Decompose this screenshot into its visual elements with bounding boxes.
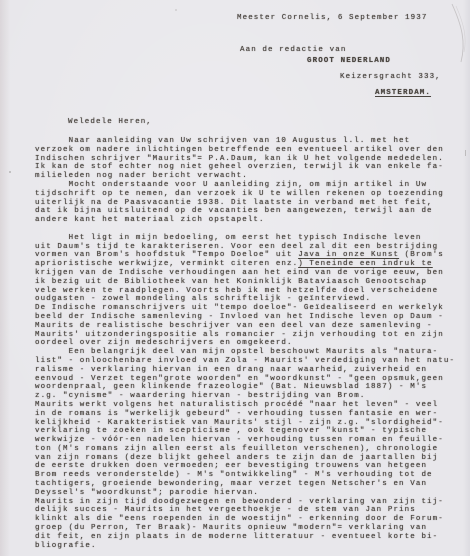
letter-line: list" - onloochenbare invloed van Zola -… bbox=[35, 357, 465, 366]
letter-line: oordeel over zijn medeschrijvers en omge… bbox=[35, 339, 465, 348]
letter-line: Deyssel's "woordkunst"; parodie hiervan. bbox=[35, 489, 465, 498]
letter-line: oudgasten - zowel mondeling als schrifte… bbox=[35, 295, 465, 304]
letter-line: De Indische romanschrijvers uit "tempo d… bbox=[35, 304, 465, 313]
paper-speck bbox=[9, 171, 11, 173]
recipient-name: GROOT NEDERLAND bbox=[307, 57, 391, 66]
letter-line: verzoek om nadere inlichtingen betreffen… bbox=[35, 146, 465, 155]
recipient-street: Keizersgracht 333, bbox=[340, 73, 441, 82]
paper-crease bbox=[430, 0, 470, 80]
letter-line: in de romans is "werkelijk gebeurd" - ve… bbox=[35, 410, 465, 419]
paper-speck bbox=[175, 9, 177, 11]
letter-line: z.g. "cynisme" - waardering hiervan - be… bbox=[35, 392, 465, 401]
underlined-phrase: Java in onze Kunst bbox=[298, 251, 399, 259]
letter-line: groep (du Perron, Ter Braak)- Maurits op… bbox=[35, 524, 465, 533]
letter-body: Naar aanleiding van Uw schrijven van 10 … bbox=[35, 137, 465, 550]
letter-line: aprioristische werkwijze, verminkt citer… bbox=[35, 260, 465, 269]
letter-line: dit feit, en zijn plaats in de moderne l… bbox=[35, 533, 465, 542]
letter-line: kelijkheid - Karakteristiek van Maurits'… bbox=[35, 419, 465, 428]
letter-line: de eerste drukken doen vermoeden; eer be… bbox=[35, 462, 465, 471]
recipient-intro: Aan de redactie van bbox=[240, 46, 346, 55]
letter-line: werkwijze - vóór-en nadelen hiervan - ve… bbox=[35, 436, 465, 445]
letter-line: Brom reeds veronderstelde) - M's "ontwik… bbox=[35, 471, 465, 480]
letter-line: delijk succes - Maurits in het vergeetho… bbox=[35, 506, 465, 515]
letter-line: vormen van Brom's hoofdstuk "Tempo Doelo… bbox=[35, 251, 465, 260]
letter-line: bliografie. bbox=[35, 542, 465, 551]
letter-line bbox=[35, 225, 465, 234]
dateline: Meester Cornelis, 6 September 1937 bbox=[237, 14, 427, 23]
letter-line: Het ligt in mijn bedoeling, om eerst het… bbox=[35, 234, 465, 243]
paper-speck bbox=[465, 150, 466, 156]
letter-line: Maurits de realistische beschrijver van … bbox=[35, 322, 465, 331]
underlined-phrase: ) Teneinde een indruk te bbox=[298, 260, 432, 268]
letter-line: ton (M's romans zijn allen eerst als feu… bbox=[35, 445, 465, 454]
letter-line: Maurits' uitzonderingspositie als romanc… bbox=[35, 331, 465, 340]
letter-line: tachtigers, groeiende bewondering, maar … bbox=[35, 480, 465, 489]
salutation: Weledele Heren, bbox=[68, 118, 152, 127]
recipient-city: AMSTERDAM. bbox=[375, 89, 431, 98]
letter-line: beeld der Indische samenleving - Invloed… bbox=[35, 313, 465, 322]
letter-line: woordenpraal, geen klinkende frazeologie… bbox=[35, 383, 465, 392]
letter-line: Mocht onderstaande voor U aanleiding zij… bbox=[35, 181, 465, 190]
letter-line: ik bezig uit de Bibliotheek van het Koni… bbox=[35, 278, 465, 287]
letter-line: Een belangrijk deel van mijn opstel besc… bbox=[35, 348, 465, 357]
letter-page: Meester Cornelis, 6 September 1937 Aan d… bbox=[0, 0, 470, 556]
letter-line: Naar aanleiding van Uw schrijven van 10 … bbox=[35, 137, 465, 146]
letter-line: verklaring te zoeken in scepticisme , oo… bbox=[35, 427, 465, 436]
letter-line: krijgen van de Indische verhoudingen aan… bbox=[35, 269, 465, 278]
letter-line: milieleden nog nader bericht verwacht. bbox=[35, 172, 465, 181]
letter-line: klinkt als die "eens roependen in de woe… bbox=[35, 515, 465, 524]
letter-line: andere kant het materiaal zich opstapelt… bbox=[35, 216, 465, 225]
letter-line: tijdschrift op te nemen, dan verzoek ik … bbox=[35, 190, 465, 199]
letter-line: Ik kan de stof echter nog niet geheel ov… bbox=[35, 163, 465, 172]
letter-line: Maurits werkt volgens het naturalistisch… bbox=[35, 401, 465, 410]
letter-line: dat ik bijna uitsluitend op de vacanties… bbox=[35, 207, 465, 216]
letter-line: ralisme - verklaring hiervan in een dran… bbox=[35, 366, 465, 375]
letter-line: eenvoud - Verzet tegen"grote woorden" en… bbox=[35, 375, 465, 384]
